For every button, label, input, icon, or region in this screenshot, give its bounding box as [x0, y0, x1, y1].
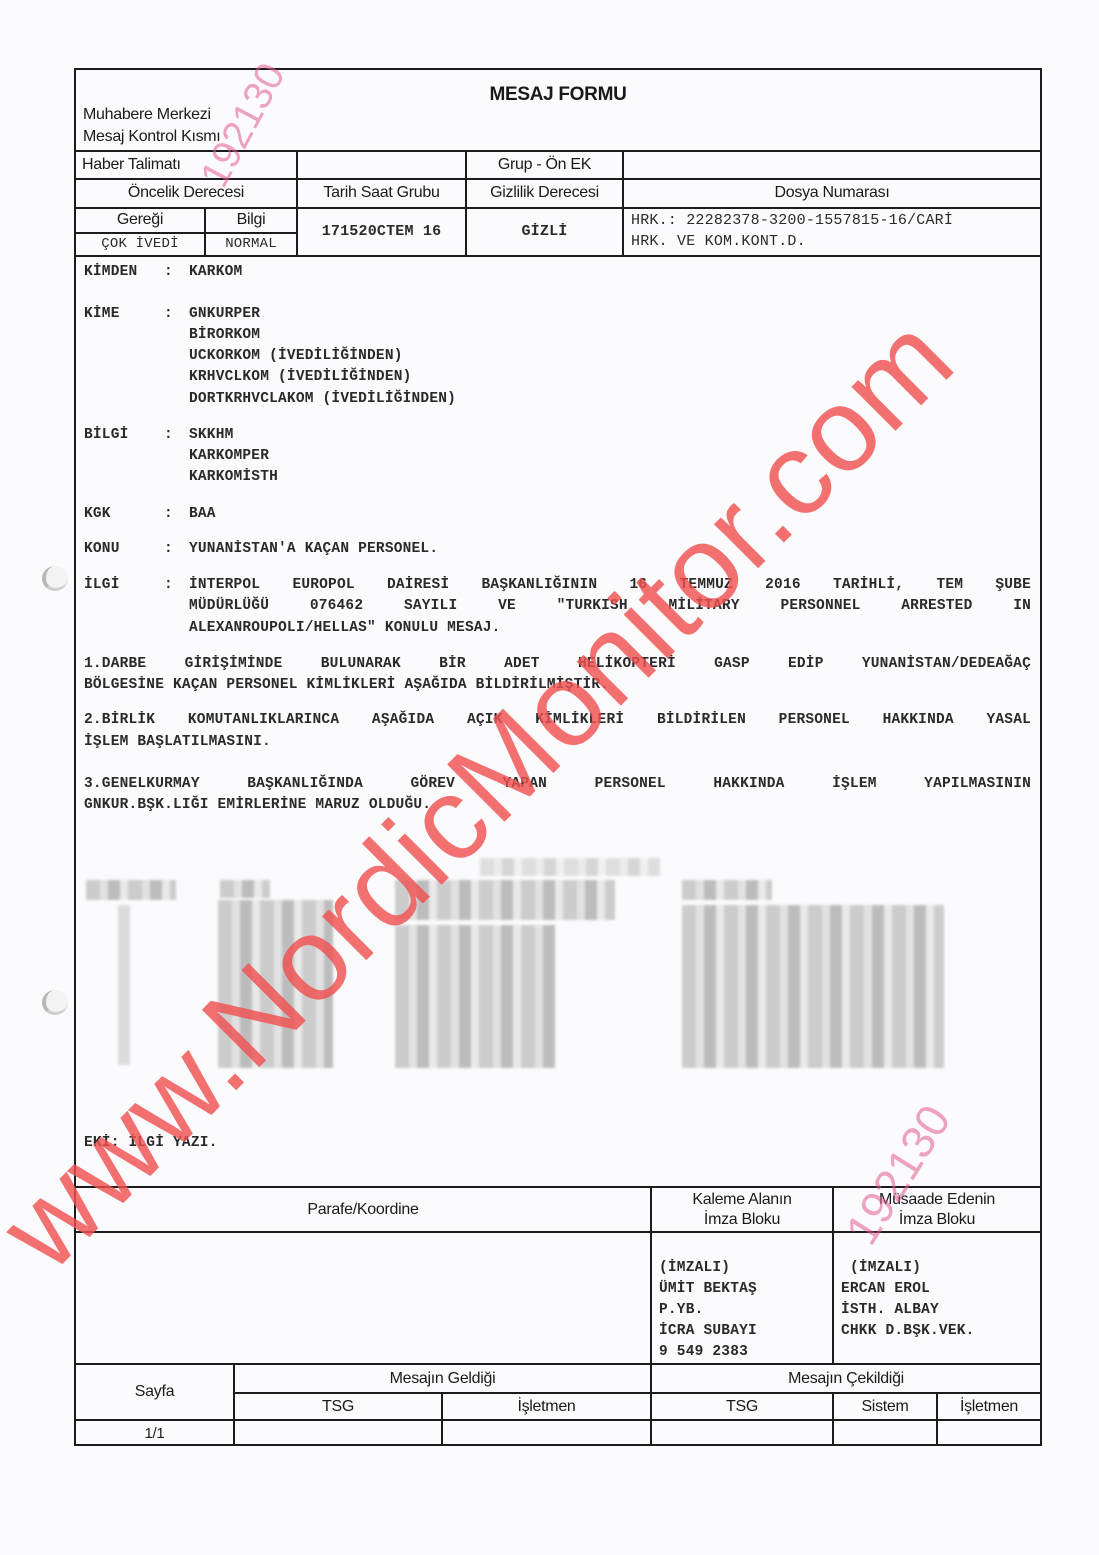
konu-colon: :: [164, 541, 173, 557]
signer-title: İCRA SUBAYI: [659, 1321, 757, 1342]
hole-punch-1: [42, 566, 68, 591]
kaleme-alanin-label-2: İmza Bloku: [704, 1210, 780, 1230]
bilgi-recipient: KARKOMPER: [189, 448, 269, 464]
ilgi-label: İLGİ: [84, 577, 120, 593]
signature-line: (İMZALI): [659, 1258, 730, 1279]
dosya-number: HRK.: 22282378-3200-1557815-16/CARİ: [631, 212, 953, 229]
bilgi-section-label: BİLGİ: [84, 427, 129, 443]
ilgi-line: ALEXANROUPOLI/HELLAS" KONULU MESAJ.: [189, 620, 501, 636]
kgk-colon: :: [164, 506, 173, 522]
geldigi-isletmen-label: İşletmen: [443, 1394, 650, 1419]
kimden-colon: :: [164, 264, 173, 280]
cekildigi-sistem-label: Sistem: [834, 1394, 936, 1419]
kime-colon: :: [164, 306, 173, 322]
paragraph-3-line-2: GNKUR.BŞK.LIĞI EMİRLERİNE MARUZ OLDUĞU.: [84, 797, 431, 813]
tarih-saat-value: 171520CTEM 16: [298, 208, 465, 255]
unit-name: Muhabere Merkezi: [83, 106, 211, 124]
bilgi-label: Bilgi: [206, 208, 296, 232]
hole-punch-2: [42, 990, 68, 1015]
kime-recipient: KRHVCLKOM (İVEDİLİĞİNDEN): [189, 369, 412, 385]
musaade-edenin-label-1: Müsaade Edenin: [879, 1190, 995, 1210]
signer-title: CHKK D.BŞK.VEK.: [841, 1321, 975, 1342]
ilgi-line: MÜDÜRLÜĞÜ 076462 SAYILI VE "TURKISH MİLİ…: [189, 598, 1031, 614]
bilgi-recipient: KARKOMİSTH: [189, 469, 278, 485]
signer-rank: P.YB.: [659, 1300, 704, 1321]
paragraph-1-line-1: 1.DARBE GİRİŞİMİNDE BULUNARAK BİR ADET H…: [84, 656, 1031, 672]
gizlilik-label: Gizlilik Derecesi: [467, 179, 622, 207]
signature-line: (İMZALI): [850, 1258, 921, 1279]
geregi-value: ÇOK İVEDİ: [76, 233, 204, 255]
kime-recipient: DORTKRHVCLAKOM (İVEDİLİĞİNDEN): [189, 391, 456, 407]
ilgi-line: İNTERPOL EUROPOL DAİRESİ BAŞKANLIĞININ 1…: [189, 577, 1031, 593]
grup-on-ek-value: [624, 151, 1040, 178]
oncelik-label: Öncelik Derecesi: [76, 179, 296, 207]
bilgi-colon: :: [164, 427, 173, 443]
kime-recipient: GNKURPER: [189, 306, 260, 322]
kime-recipient: UCKORKOM (İVEDİLİĞİNDEN): [189, 348, 403, 364]
tarih-saat-label: Tarih Saat Grubu: [298, 179, 465, 207]
mesajin-geldigi-label: Mesajın Geldiği: [235, 1365, 650, 1392]
ilgi-colon: :: [164, 577, 173, 593]
musaade-edenin-label-2: İmza Bloku: [899, 1210, 975, 1230]
dosya-label: Dosya Numarası: [624, 179, 1040, 207]
kime-recipient: BİRORKOM: [189, 327, 260, 343]
sayfa-label: Sayfa: [76, 1365, 233, 1419]
haber-talimati-value: [298, 151, 465, 178]
konu-label: KONU: [84, 541, 120, 557]
paragraph-2-line-1: 2.BİRLİK KOMUTANLIKLARINCA AŞAĞIDA AÇIK …: [84, 712, 1031, 728]
geregi-label: Gereği: [76, 208, 204, 232]
sayfa-value: 1/1: [76, 1421, 233, 1445]
kaleme-alanin-label: Kaleme Alanın İmza Bloku: [652, 1188, 832, 1231]
kgk-value: BAA: [189, 506, 216, 522]
signer-phone: 9 549 2383: [659, 1342, 748, 1363]
kime-label: KİME: [84, 306, 120, 322]
signer-rank: İSTH. ALBAY: [841, 1300, 939, 1321]
unit-section: Mesaj Kontrol Kısmı: [83, 128, 220, 146]
grup-on-ek-label: Grup - Ön EK: [467, 151, 622, 178]
parafe-koordine-label: Parafe/Koordine: [76, 1188, 650, 1231]
kimden-label: KİMDEN: [84, 264, 137, 280]
cekildigi-isletmen-label: İşletmen: [938, 1394, 1040, 1419]
musaade-edenin-label: Müsaade Edenin İmza Bloku: [834, 1188, 1040, 1231]
haber-talimati-label: Haber Talimatı: [76, 151, 296, 178]
kgk-label: KGK: [84, 506, 111, 522]
mesajin-cekildigi-label: Mesajın Çekildiği: [652, 1365, 1040, 1392]
attachment-note: EKİ: İLGİ YAZI.: [84, 1135, 218, 1151]
paragraph-2-line-2: İŞLEM BAŞLATILMASINI.: [84, 734, 271, 750]
paragraph-3-line-1: 3.GENELKURMAY BAŞKANLIĞINDA GÖREV YAPAN …: [84, 776, 1031, 792]
konu-value: YUNANİSTAN'A KAÇAN PERSONEL.: [189, 541, 438, 557]
signer-name: ERCAN EROL: [841, 1279, 930, 1300]
form-title: MESAJ FORMU: [76, 82, 1040, 108]
bilgi-value: NORMAL: [206, 233, 296, 255]
parafe-koordine-field: [76, 1233, 650, 1363]
dosya-department: HRK. VE KOM.KONT.D.: [631, 233, 806, 250]
geldigi-tsg-label: TSG: [235, 1394, 441, 1419]
signer-name: ÜMİT BEKTAŞ: [659, 1279, 757, 1300]
gizlilik-value: GİZLİ: [467, 208, 622, 255]
kaleme-alanin-label-1: Kaleme Alanın: [692, 1190, 791, 1210]
bilgi-recipient: SKKHM: [189, 427, 234, 443]
kimden-value: KARKOM: [189, 264, 242, 280]
cekildigi-tsg-label: TSG: [652, 1394, 832, 1419]
paragraph-1-line-2: BÖLGESİNE KAÇAN PERSONEL KİMLİKLERİ AŞAĞ…: [84, 677, 609, 693]
